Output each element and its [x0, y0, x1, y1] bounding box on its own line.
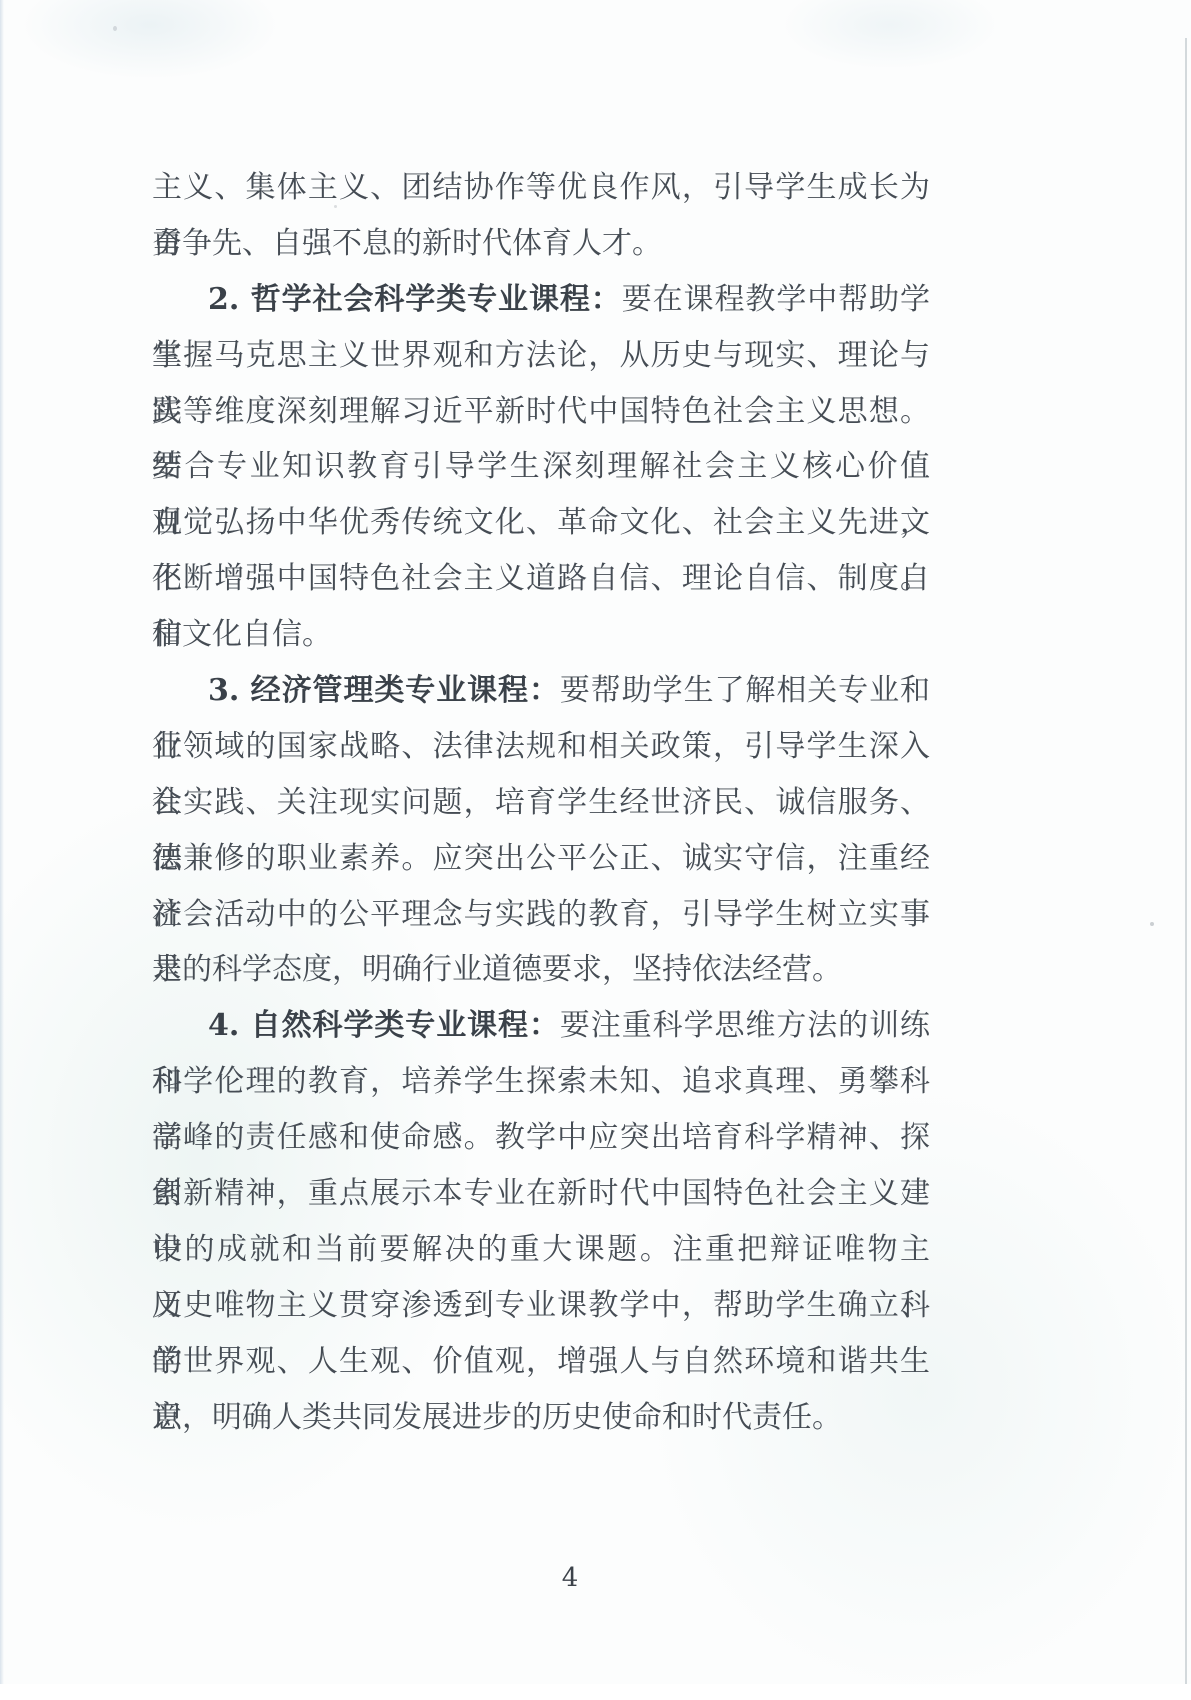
text-line: 创新精神，重点展示本专业在新时代中国特色社会主义建设 — [152, 1166, 930, 1222]
text-line: 勇争先、自强不息的新时代体育人才。 — [152, 216, 930, 272]
text-line: 的世界观、人生观、价值观，增强人与自然环境和谐共生意 — [152, 1334, 930, 1390]
text-line: 3. 经济管理类专业课程：要帮助学生了解相关专业和行 — [152, 663, 930, 719]
paragraph: 主义、集体主义、团结协作等优良作风，引导学生成长为奋勇争先、自强不息的新时代体育… — [152, 160, 930, 272]
text-line: 业领域的国家战略、法律法规和相关政策，引导学生深入社 — [152, 719, 930, 775]
body-text: 主义、集体主义、团结协作等优良作风，引导学生成长为奋勇争先、自强不息的新时代体育… — [152, 160, 930, 1445]
text-line: 主义、集体主义、团结协作等优良作风，引导学生成长为奋 — [152, 160, 930, 216]
line-text: 是的科学态度，明确行业道德要求，坚持依法经营。 — [152, 952, 842, 987]
line-text: 勇争先、自强不息的新时代体育人才。 — [152, 226, 662, 261]
line-text: 识，明确人类共同发展进步的历史使命和时代责任。 — [152, 1400, 842, 1435]
text-line: 社会活动中的公平理念与实践的教育，引导学生树立实事求 — [152, 887, 930, 943]
scan-vertical-line-artifact — [1185, 38, 1187, 1684]
text-line: 4. 自然科学类专业课程：要注重科学思维方法的训练和 — [152, 998, 930, 1054]
document-page: 主义、集体主义、团结协作等优良作风，引导学生成长为奋勇争先、自强不息的新时代体育… — [0, 0, 1191, 1684]
scan-speck-artifact — [1150, 922, 1154, 926]
text-line: 掌握马克思主义世界观和方法论，从历史与现实、理论与实 — [152, 328, 930, 384]
section-heading: 4. 自然科学类专业课程： — [208, 1008, 560, 1043]
paragraph: 3. 经济管理类专业课程：要帮助学生了解相关专业和行业领域的国家战略、法律法规和… — [152, 663, 930, 998]
scan-speck-artifact — [113, 26, 117, 31]
text-line: 历史唯物主义贯穿渗透到专业课教学中，帮助学生确立科学 — [152, 1278, 930, 1334]
text-line: 践等维度深刻理解习近平新时代中国特色社会主义思想。要 — [152, 384, 930, 440]
paragraph: 2. 哲学社会科学类专业课程：要在课程教学中帮助学生掌握马克思主义世界观和方法论… — [152, 272, 930, 663]
text-line: 科学伦理的教育，培养学生探索未知、追求真理、勇攀科学 — [152, 1054, 930, 1110]
text-line: 结合专业知识教育引导学生深刻理解社会主义核心价值观， — [152, 439, 930, 495]
section-heading: 3. 经济管理类专业课程： — [208, 673, 560, 708]
scan-tint-artifact — [20, 0, 280, 80]
text-line: 法兼修的职业素养。应突出公平公正、诚实守信，注重经济 — [152, 831, 930, 887]
text-line: 是的科学态度，明确行业道德要求，坚持依法经营。 — [152, 942, 930, 998]
text-line: 不断增强中国特色社会主义道路自信、理论自信、制度自信 — [152, 551, 930, 607]
page-number: 4 — [0, 1563, 1140, 1593]
scan-tint-artifact — [780, 0, 1000, 70]
line-text: 和文化自信。 — [152, 617, 332, 652]
section-heading: 2. 哲学社会科学类专业课程： — [208, 282, 622, 317]
scan-edge-artifact — [0, 0, 4, 1684]
text-line: 高峰的责任感和使命感。教学中应突出培育科学精神、探索 — [152, 1110, 930, 1166]
text-line: 自觉弘扬中华优秀传统文化、革命文化、社会主义先进文化。 — [152, 495, 930, 551]
paragraph: 4. 自然科学类专业课程：要注重科学思维方法的训练和科学伦理的教育，培养学生探索… — [152, 998, 930, 1445]
text-line: 会实践、关注现实问题，培育学生经世济民、诚信服务、德 — [152, 775, 930, 831]
text-line: 2. 哲学社会科学类专业课程：要在课程教学中帮助学生 — [152, 272, 930, 328]
text-line: 中的成就和当前要解决的重大课题。注重把辩证唯物主义、 — [152, 1222, 930, 1278]
text-line: 识，明确人类共同发展进步的历史使命和时代责任。 — [152, 1390, 930, 1446]
text-line: 和文化自信。 — [152, 607, 930, 663]
